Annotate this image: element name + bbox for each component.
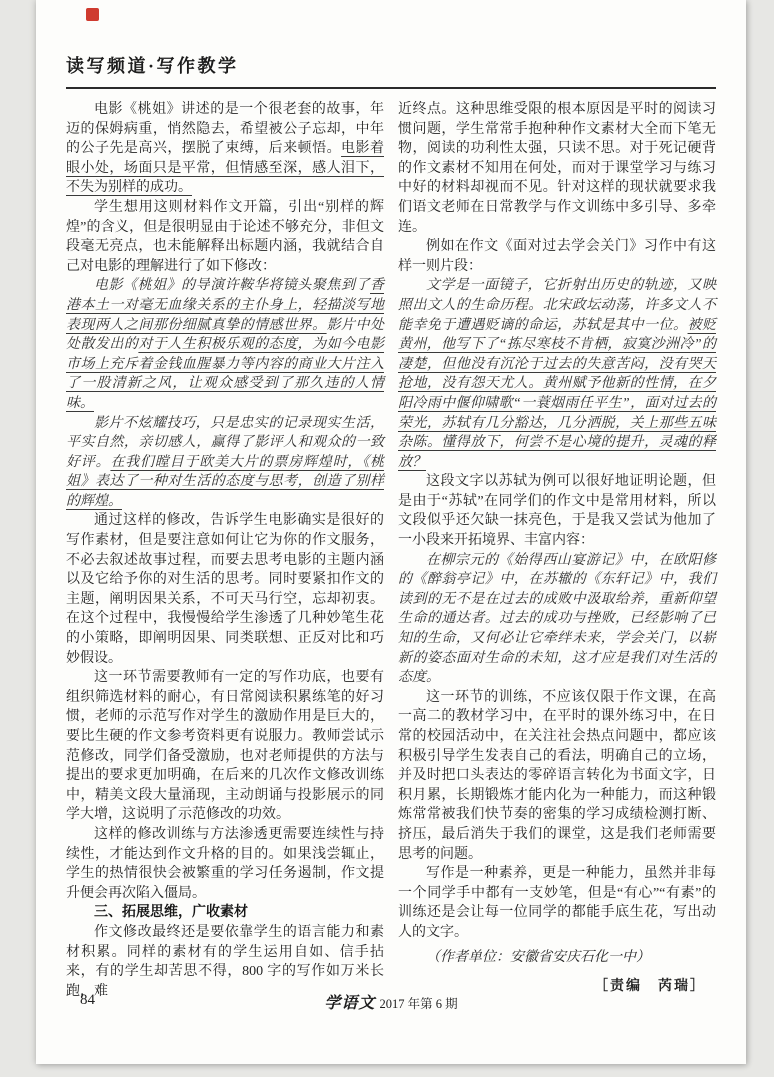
- scanned-journal-page: 读写频道·写作教学 电影《桃姐》讲述的是一个很老套的故事，年迈的保姆病重，悄然隐…: [36, 0, 746, 1064]
- student-sample-paragraph: 电影《桃姐》的导演许鞍华将镜头聚焦到了香港本土一对毫无血缘关系的主仆身上，轻描淡…: [66, 276, 384, 413]
- sample-text: 电影《桃姐》的导演许鞍华将镜头聚焦到了: [94, 278, 370, 293]
- section-title: 读写频道·写作教学: [66, 52, 716, 78]
- paragraph: 例如在作文《面对过去学会关门》习作中有这样一则片段：: [398, 237, 716, 276]
- paragraph-text: 学生想用这则材料作文开篇，引出“别样的辉煌”的含义，但是很明显由于论述不够充分，…: [66, 200, 384, 274]
- paragraph: 通过这样的修改，告诉学生电影确实是很好的写作素材，但是要注意如何让它为你的作文服…: [66, 511, 384, 668]
- sample-text: 在柳宗元的《始得西山宴游记》中，在欧阳修的《醉翁亭记》中，在苏辙的《东轩记》中，…: [398, 553, 716, 686]
- paragraph-text: 这一环节的训练，不应该仅限于作文课，在高一高二的教材学习中，在平时的课外练习中，…: [398, 690, 716, 862]
- paragraph-text: 这样的修改训练与方法渗透更需要连续性与持续性，才能达到作文升格的目的。如果浅尝辄…: [66, 827, 384, 901]
- paragraph-text: 例如在作文《面对过去学会关门》习作中有这样一则片段：: [398, 239, 716, 274]
- underlined-text: 被贬黄州，他写下了“拣尽寒枝不肯栖，寂寞沙洲冷”的凄楚，但他没有沉沦于过去的失意…: [398, 318, 716, 470]
- paragraph: 学生想用这则材料作文开篇，引出“别样的辉煌”的含义，但是很明显由于论述不够充分，…: [66, 198, 384, 276]
- paragraph: 电影《桃姐》讲述的是一个很老套的故事，年迈的保姆病重，悄然隐去，希望被公子忘却，…: [66, 100, 384, 198]
- journal-mark: 学语文2017 年第 6 期: [66, 990, 716, 1013]
- paragraph-text: 电影《桃姐》讲述的是一个很老套的故事，年迈的保姆病重，悄然隐去，希望被公子忘却，…: [66, 102, 384, 156]
- author-affiliation-text: （作者单位：安徽省安庆石化一中）: [426, 950, 650, 965]
- column-header: 读写频道·写作教学: [66, 0, 716, 89]
- header-divider: [66, 87, 716, 89]
- sample-text: 文学是一面镜子，它折射出历史的轨迹，又映照出文人的生命历程。北宋政坛动荡，许多文…: [398, 278, 716, 332]
- journal-name: 学语文: [324, 995, 375, 1012]
- paragraph-text: 写作是一种素养，更是一种能力，虽然并非每一个同学手中都有一支妙笔，但是“有心”“…: [398, 866, 716, 940]
- paragraph-continued: 近终点。这种思维受限的根本原因是平时的阅读习惯问题，学生常常手抱种种作文素材大全…: [398, 100, 716, 237]
- teacher-sample-paragraph: 在柳宗元的《始得西山宴游记》中，在欧阳修的《醉翁亭记》中，在苏辙的《东轩记》中，…: [398, 551, 716, 688]
- paragraph: 写作是一种素养，更是一种能力，虽然并非每一个同学手中都有一支妙笔，但是“有心”“…: [398, 864, 716, 942]
- paragraph-text: 这段文字以苏轼为例可以很好地证明论题，但是由于“苏轼”在同学们的作文中是常用材料…: [398, 474, 716, 548]
- subheading-text: 三、拓展思维，广收素材: [94, 905, 248, 920]
- paragraph: 这段文字以苏轼为例可以很好地证明论题，但是由于“苏轼”在同学们的作文中是常用材料…: [398, 472, 716, 550]
- student-sample-paragraph: 文学是一面镜子，它折射出历史的轨迹，又映照出文人的生命历程。北宋政坛动荡，许多文…: [398, 276, 716, 472]
- right-column: 近终点。这种思维受限的根本原因是平时的阅读习惯问题，学生常常手抱种种作文素材大全…: [398, 100, 716, 1001]
- paragraph: 这一环节需要教师有一定的写作功底，也要有组织筛选材料的耐心，有日常阅读积累练笔的…: [66, 668, 384, 825]
- section-subheading: 三、拓展思维，广收素材: [66, 903, 384, 923]
- paragraph-text: 通过这样的修改，告诉学生电影确实是很好的写作素材，但是要注意如何让它为你的作文服…: [66, 513, 384, 665]
- paragraph-text: 这一环节需要教师有一定的写作功底，也要有组织筛选材料的耐心，有日常阅读积累练笔的…: [66, 670, 384, 822]
- page-content: 读写频道·写作教学 电影《桃姐》讲述的是一个很老套的故事，年迈的保姆病重，悄然隐…: [66, 0, 716, 1001]
- paragraph-text: 作文修改最终还是要依靠学生的语言能力和素材积累。同样的素材有的学生运用自如、信手…: [66, 925, 384, 999]
- student-sample-paragraph: 影片不炫耀技巧，只是忠实的记录现实生活，平实自然，亲切感人，赢得了影评人和观众的…: [66, 414, 384, 512]
- paragraph-text: 近终点。这种思维受限的根本原因是平时的阅读习惯问题，学生常常手抱种种作文素材大全…: [398, 102, 716, 235]
- underlined-text: 在我们瞠目于欧美大片的票房辉煌时，《桃姐》表达了一种对生活的态度与思考，创造了别…: [66, 455, 384, 509]
- author-affiliation: （作者单位：安徽省安庆石化一中）: [398, 948, 716, 968]
- page-footer: 84 学语文2017 年第 6 期: [66, 990, 716, 1016]
- issue-info: 2017 年第 6 期: [379, 997, 457, 1011]
- article-body: 电影《桃姐》讲述的是一个很老套的故事，年迈的保姆病重，悄然隐去，希望被公子忘却，…: [66, 100, 716, 1001]
- left-column: 电影《桃姐》讲述的是一个很老套的故事，年迈的保姆病重，悄然隐去，希望被公子忘却，…: [66, 100, 384, 1001]
- paragraph: 这样的修改训练与方法渗透更需要连续性与持续性，才能达到作文升格的目的。如果浅尝辄…: [66, 825, 384, 903]
- paragraph: 这一环节的训练，不应该仅限于作文课，在高一高二的教材学习中，在平时的课外练习中，…: [398, 688, 716, 864]
